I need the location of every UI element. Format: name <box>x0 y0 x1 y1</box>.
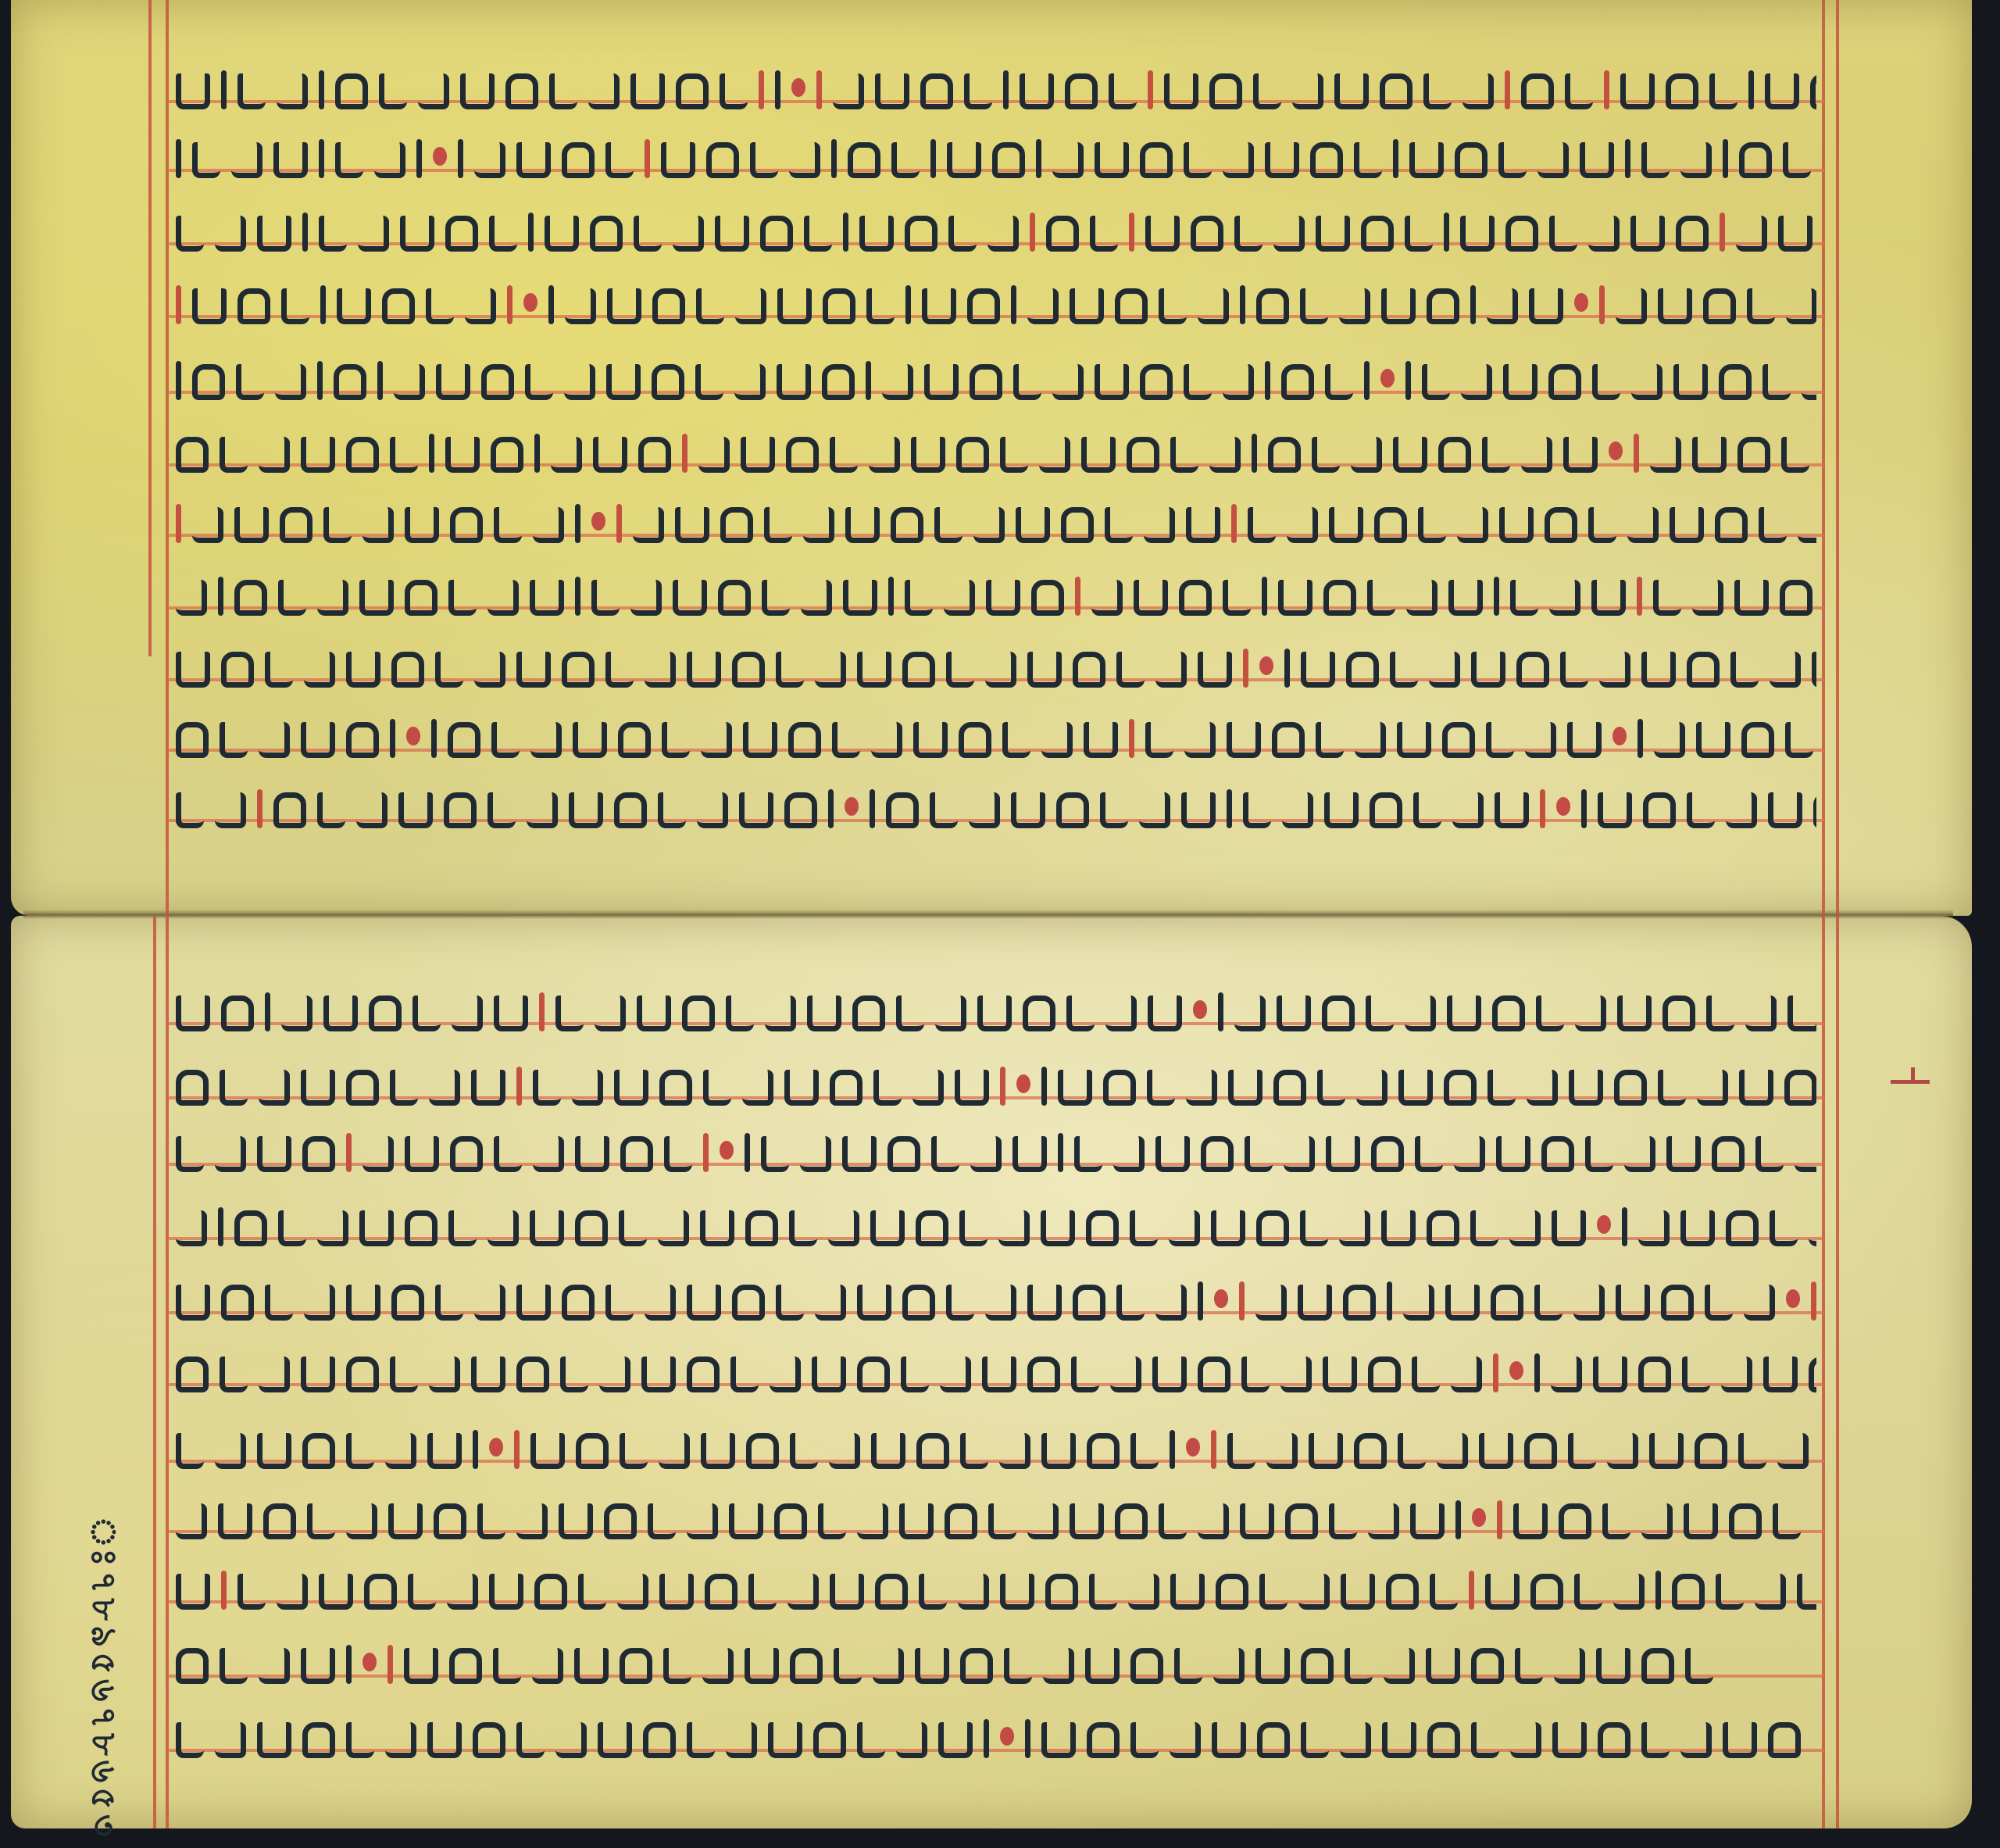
script-glyph <box>176 1210 207 1246</box>
script-glyph <box>1588 216 1620 252</box>
script-glyph <box>1607 1433 1638 1469</box>
script-glyph <box>1211 1210 1245 1246</box>
script-glyph <box>1103 1070 1136 1106</box>
script-glyph <box>1370 792 1402 828</box>
script-glyph <box>887 1136 920 1172</box>
red-margin-mark <box>1891 1080 1930 1084</box>
script-glyph <box>1073 652 1105 688</box>
script-glyph <box>1113 1136 1145 1172</box>
script-glyph <box>774 1503 807 1539</box>
script-glyph <box>176 792 204 828</box>
danda-mark <box>1469 1571 1474 1610</box>
script-glyph <box>335 73 368 109</box>
script-glyph <box>1343 1285 1376 1321</box>
script-glyph <box>1227 1433 1255 1469</box>
script-glyph <box>1486 722 1514 758</box>
script-glyph <box>815 1285 846 1321</box>
danda-mark <box>1637 577 1642 616</box>
script-glyph <box>1778 216 1812 252</box>
script-glyph <box>494 507 522 543</box>
script-glyph <box>1487 1070 1516 1106</box>
script-glyph <box>1427 1210 1459 1246</box>
script-glyph <box>675 507 709 543</box>
script-glyph <box>790 1433 818 1469</box>
danda-mark <box>745 1133 750 1172</box>
script-glyph <box>176 1285 210 1321</box>
script-glyph <box>530 722 562 758</box>
danda-mark <box>1243 649 1248 688</box>
script-glyph <box>673 580 707 616</box>
script-glyph <box>701 1433 735 1469</box>
script-glyph <box>1086 1210 1119 1246</box>
script-glyph <box>999 1433 1030 1469</box>
script-glyph <box>259 1357 290 1392</box>
script-glyph <box>934 507 962 543</box>
script-glyph <box>970 364 1002 400</box>
danda-mark <box>930 139 936 178</box>
danda-mark <box>516 1067 522 1106</box>
red-punctuation-dot <box>591 512 605 531</box>
script-glyph <box>277 73 308 109</box>
script-glyph <box>1596 1648 1630 1684</box>
script-glyph <box>1174 1648 1202 1684</box>
script-glyph <box>746 1433 779 1469</box>
script-glyph <box>1209 437 1241 473</box>
script-glyph <box>1509 1210 1541 1246</box>
script-glyph <box>1580 142 1614 178</box>
danda-mark <box>1811 1281 1816 1321</box>
script-glyph <box>661 142 695 178</box>
script-glyph <box>560 1357 588 1392</box>
danda-mark <box>1218 992 1223 1031</box>
script-glyph <box>1685 1648 1713 1684</box>
red-punctuation-dot <box>1612 727 1627 745</box>
script-glyph <box>1479 1433 1513 1469</box>
manuscript-line <box>176 1485 1816 1539</box>
script-glyph <box>729 1503 763 1539</box>
script-glyph <box>1354 1433 1387 1469</box>
manuscript-line <box>176 561 1816 616</box>
script-glyph <box>815 652 846 688</box>
script-glyph <box>1144 507 1175 543</box>
script-glyph <box>237 288 270 324</box>
danda-mark <box>1540 789 1545 828</box>
script-glyph <box>1641 142 1670 178</box>
script-glyph <box>564 364 595 400</box>
script-glyph <box>176 1070 209 1106</box>
script-glyph <box>176 1433 204 1469</box>
script-glyph <box>1027 288 1059 324</box>
script-glyph <box>1381 288 1416 324</box>
script-glyph <box>658 1210 689 1246</box>
script-glyph <box>886 792 919 828</box>
script-glyph <box>385 1433 416 1469</box>
script-glyph <box>390 1357 418 1392</box>
script-glyph <box>1444 1070 1477 1106</box>
manuscript-line <box>176 197 1816 252</box>
script-glyph <box>762 580 790 616</box>
script-glyph <box>257 1433 291 1469</box>
script-glyph <box>986 580 1020 616</box>
script-glyph <box>530 1433 565 1469</box>
script-glyph <box>1155 652 1187 688</box>
script-glyph <box>1170 1722 1201 1758</box>
script-glyph <box>964 73 992 109</box>
script-glyph <box>1066 995 1095 1031</box>
script-glyph <box>1783 142 1811 178</box>
script-glyph <box>388 1503 423 1539</box>
script-glyph <box>1027 1285 1062 1321</box>
script-glyph <box>302 1433 335 1469</box>
script-glyph <box>1591 580 1626 616</box>
manuscript-line <box>176 123 1816 178</box>
script-glyph <box>1738 1433 1766 1469</box>
script-glyph <box>473 1722 505 1758</box>
script-glyph <box>215 1136 246 1172</box>
danda-mark <box>645 139 650 178</box>
script-glyph <box>1413 792 1441 828</box>
script-glyph <box>1198 288 1229 324</box>
script-glyph <box>1065 73 1098 109</box>
script-glyph <box>1256 1210 1289 1246</box>
script-glyph <box>1763 1357 1798 1392</box>
script-glyph <box>176 1357 209 1392</box>
script-glyph <box>959 722 991 758</box>
script-glyph <box>977 995 1012 1031</box>
script-glyph <box>1762 364 1791 400</box>
script-glyph <box>1429 652 1460 688</box>
script-glyph <box>833 73 864 109</box>
script-glyph <box>452 995 483 1031</box>
script-glyph <box>1705 1285 1733 1321</box>
danda-mark <box>1444 213 1449 252</box>
script-glyph <box>1285 1503 1318 1539</box>
script-glyph <box>549 73 577 109</box>
script-glyph <box>1485 1574 1520 1610</box>
script-glyph <box>1255 1285 1287 1321</box>
danda-mark <box>1075 577 1080 616</box>
script-glyph <box>871 722 902 758</box>
script-glyph <box>1697 1070 1728 1106</box>
script-glyph <box>1278 580 1312 616</box>
script-glyph <box>1726 1210 1759 1246</box>
script-glyph <box>1471 1722 1499 1758</box>
script-glyph <box>449 1648 482 1684</box>
script-glyph <box>745 1648 779 1684</box>
script-glyph <box>748 1574 777 1610</box>
script-glyph <box>902 1285 935 1321</box>
danda-mark <box>507 285 512 324</box>
script-glyph <box>1070 1503 1104 1539</box>
script-glyph <box>1666 73 1698 109</box>
script-glyph <box>574 1648 609 1684</box>
script-glyph <box>1368 1503 1399 1539</box>
danda-mark <box>319 139 324 178</box>
danda-mark <box>1239 1281 1245 1321</box>
script-glyph <box>280 507 312 543</box>
script-glyph <box>1462 73 1494 109</box>
script-glyph <box>687 652 721 688</box>
script-glyph <box>1613 1574 1645 1610</box>
script-glyph <box>1139 792 1170 828</box>
script-glyph <box>192 288 227 324</box>
script-glyph <box>896 995 924 1031</box>
script-glyph <box>604 1503 637 1539</box>
script-glyph <box>1216 1574 1248 1610</box>
script-glyph <box>770 1357 801 1392</box>
script-glyph <box>1521 73 1554 109</box>
script-glyph <box>1041 1722 1076 1758</box>
script-glyph <box>638 437 671 473</box>
script-glyph <box>659 1574 694 1610</box>
script-glyph <box>1524 1433 1557 1469</box>
script-glyph <box>477 1503 505 1539</box>
script-glyph <box>221 995 254 1031</box>
script-glyph <box>220 1648 248 1684</box>
script-glyph <box>652 364 684 400</box>
script-glyph <box>812 1357 846 1392</box>
script-glyph <box>902 652 935 688</box>
script-glyph <box>1253 73 1281 109</box>
red-punctuation-dot <box>791 78 805 97</box>
script-glyph <box>1810 73 1816 109</box>
red-punctuation-dot <box>1556 797 1570 816</box>
script-glyph <box>426 288 454 324</box>
left-ruling-outer-bottom <box>153 916 156 1828</box>
script-glyph <box>1058 1070 1092 1106</box>
danda-mark <box>458 139 463 178</box>
manuscript-line <box>176 1192 1816 1246</box>
danda-mark <box>1393 139 1398 178</box>
script-glyph <box>1145 216 1180 252</box>
script-glyph <box>1715 507 1748 543</box>
script-glyph <box>1457 507 1488 543</box>
script-glyph <box>215 1722 246 1758</box>
script-glyph <box>1729 1503 1762 1539</box>
script-glyph <box>278 580 306 616</box>
script-glyph <box>946 652 974 688</box>
script-glyph <box>605 652 634 688</box>
script-glyph <box>938 1722 973 1758</box>
script-glyph <box>1027 1357 1060 1392</box>
danda-mark <box>1405 361 1411 400</box>
red-punctuation-dot <box>489 1438 503 1457</box>
script-glyph <box>1680 142 1712 178</box>
danda-mark <box>1497 1500 1502 1539</box>
script-glyph <box>828 1210 859 1246</box>
script-glyph <box>1813 792 1816 828</box>
script-glyph <box>1312 437 1340 473</box>
red-punctuation-dot <box>362 1653 377 1671</box>
script-glyph <box>1355 722 1386 758</box>
danda-mark <box>534 434 540 473</box>
script-glyph <box>1536 995 1564 1031</box>
script-glyph <box>1730 652 1759 688</box>
danda-mark <box>1227 789 1232 828</box>
script-glyph <box>1426 1648 1460 1684</box>
script-glyph <box>735 288 766 324</box>
danda-mark <box>775 70 780 109</box>
script-glyph <box>764 507 792 543</box>
script-glyph <box>1447 995 1481 1031</box>
script-glyph <box>1680 1722 1712 1758</box>
script-glyph <box>930 792 958 828</box>
script-glyph <box>866 288 895 324</box>
script-glyph <box>1282 792 1313 828</box>
script-glyph <box>1367 580 1395 616</box>
script-glyph <box>829 1433 860 1469</box>
script-glyph <box>1692 437 1727 473</box>
script-glyph <box>516 142 551 178</box>
script-glyph <box>1492 995 1525 1031</box>
script-glyph <box>487 792 516 828</box>
manuscript-line <box>176 1051 1816 1106</box>
script-glyph <box>659 1070 692 1106</box>
script-glyph <box>1516 652 1549 688</box>
script-glyph <box>1081 437 1116 473</box>
script-glyph <box>346 652 380 688</box>
script-glyph <box>1703 288 1736 324</box>
script-glyph <box>346 1357 379 1392</box>
script-glyph <box>1654 722 1685 758</box>
script-glyph <box>359 1210 394 1246</box>
script-glyph <box>643 1722 676 1758</box>
danda-mark <box>1011 285 1016 324</box>
script-glyph <box>1445 1285 1480 1321</box>
danda-mark <box>320 285 326 324</box>
danda-mark <box>221 70 227 109</box>
script-glyph <box>1598 792 1632 828</box>
script-glyph <box>362 507 394 543</box>
script-glyph <box>776 652 804 688</box>
danda-mark <box>218 577 223 616</box>
script-glyph <box>1770 1210 1798 1246</box>
script-glyph <box>617 1574 648 1610</box>
script-glyph <box>257 216 291 252</box>
script-glyph <box>1164 73 1198 109</box>
danda-mark <box>703 1133 709 1172</box>
danda-mark <box>1030 213 1035 252</box>
manuscript-line <box>176 1266 1816 1321</box>
script-glyph <box>1759 507 1787 543</box>
danda-mark <box>431 719 437 758</box>
script-glyph <box>489 1574 523 1610</box>
script-glyph <box>1409 142 1444 178</box>
script-glyph <box>1784 1070 1816 1106</box>
script-glyph <box>323 507 352 543</box>
script-glyph <box>404 1648 438 1684</box>
script-glyph <box>491 437 523 473</box>
red-punctuation-dot <box>1509 1361 1523 1380</box>
script-glyph <box>578 1574 606 1610</box>
script-glyph <box>1095 142 1129 178</box>
script-glyph <box>1624 1136 1655 1172</box>
script-glyph <box>807 995 841 1031</box>
script-glyph <box>1616 288 1647 324</box>
script-glyph <box>956 437 989 473</box>
script-glyph <box>1115 1503 1148 1539</box>
script-glyph <box>870 1210 905 1246</box>
script-glyph <box>1455 142 1487 178</box>
script-glyph <box>237 1574 266 1610</box>
danda-mark <box>1622 1207 1627 1246</box>
script-glyph <box>1812 652 1816 688</box>
script-glyph <box>576 1433 609 1469</box>
script-glyph <box>1198 1503 1229 1539</box>
script-glyph <box>1676 216 1709 252</box>
script-glyph <box>1616 1285 1650 1321</box>
left-ruling-outer <box>148 0 152 656</box>
red-punctuation-dot <box>1214 1289 1228 1308</box>
danda-mark <box>346 1133 352 1172</box>
danda-mark <box>1748 70 1754 109</box>
script-glyph <box>1649 1433 1684 1469</box>
script-glyph <box>575 1136 609 1172</box>
script-glyph <box>924 364 959 400</box>
script-glyph <box>620 1136 653 1172</box>
script-glyph <box>1041 722 1073 758</box>
script-glyph <box>1326 1136 1360 1172</box>
script-glyph <box>1418 507 1446 543</box>
script-glyph <box>1084 722 1118 758</box>
script-glyph <box>1410 1503 1445 1539</box>
script-glyph <box>1070 288 1104 324</box>
script-glyph <box>676 73 709 109</box>
script-glyph <box>516 652 551 688</box>
script-glyph <box>1255 1648 1290 1684</box>
script-glyph <box>931 1136 959 1172</box>
script-glyph <box>922 288 956 324</box>
script-glyph <box>777 288 812 324</box>
script-glyph <box>834 1648 862 1684</box>
script-glyph <box>912 1070 944 1106</box>
script-glyph <box>1128 1574 1159 1610</box>
script-glyph <box>1709 73 1737 109</box>
danda-mark <box>1637 719 1643 758</box>
red-punctuation-dot <box>1380 369 1395 388</box>
script-glyph <box>935 995 966 1031</box>
script-glyph <box>1155 1136 1190 1172</box>
script-glyph <box>1259 1574 1287 1610</box>
script-glyph <box>857 1503 888 1539</box>
script-glyph <box>1723 1722 1757 1758</box>
script-glyph <box>593 437 627 473</box>
script-glyph <box>595 995 626 1031</box>
script-glyph <box>1573 1285 1605 1321</box>
script-glyph <box>1658 288 1692 324</box>
danda-mark <box>1599 285 1605 324</box>
manuscript-line <box>176 1703 1816 1758</box>
script-glyph <box>1301 652 1335 688</box>
script-glyph <box>1423 73 1452 109</box>
script-glyph <box>648 1503 676 1539</box>
script-glyph <box>1744 1285 1775 1321</box>
script-glyph <box>1662 995 1695 1031</box>
danda-mark <box>1198 1281 1203 1321</box>
script-glyph <box>1105 507 1133 543</box>
manuscript-line <box>176 1338 1816 1392</box>
script-glyph <box>1658 1070 1686 1106</box>
script-glyph <box>1569 1070 1603 1106</box>
script-glyph <box>1213 1648 1245 1684</box>
danda-mark <box>218 1207 223 1246</box>
script-glyph <box>801 580 832 616</box>
script-glyph <box>590 216 623 252</box>
script-glyph <box>346 1285 380 1321</box>
script-glyph <box>1268 437 1301 473</box>
script-glyph <box>1085 1648 1120 1684</box>
script-glyph <box>682 995 715 1031</box>
